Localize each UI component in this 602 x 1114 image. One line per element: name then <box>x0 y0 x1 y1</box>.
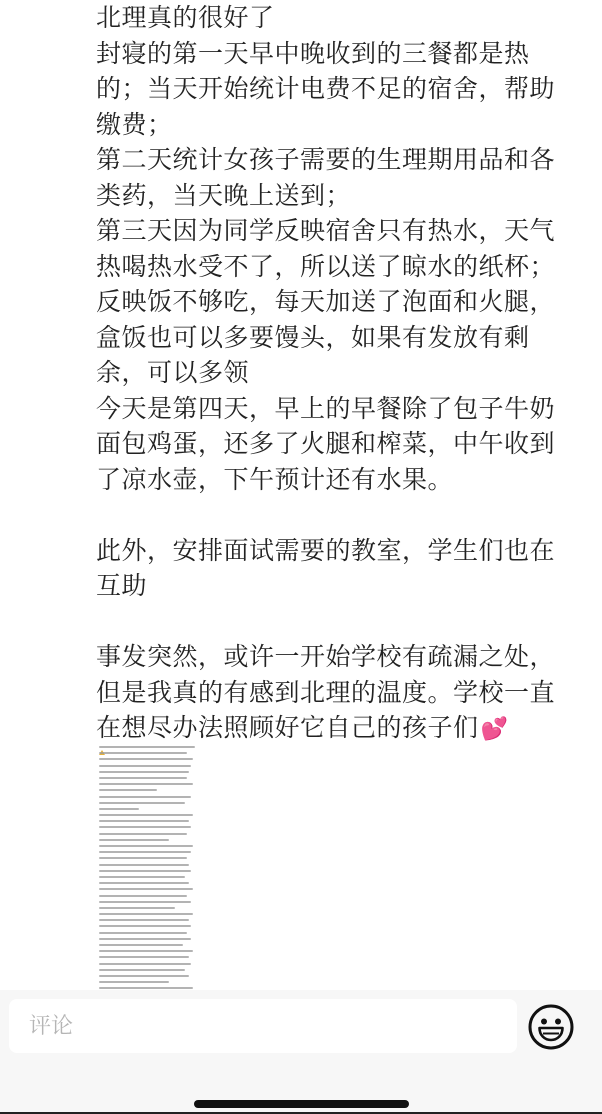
post-text-line: 的；当天开始统计电费不足的宿舍，帮助 <box>96 71 586 107</box>
thumbnail-text-line <box>99 919 189 921</box>
post-text-line-content: 但是我真的有感到北理的温度。学校一直 <box>96 678 555 707</box>
thumbnail-text-line <box>99 895 187 897</box>
thumbnail-text-line <box>99 963 191 965</box>
thumbnail-text-line <box>99 771 189 773</box>
post-text-line: 第二天统计女孩子需要的生理期用品和各 <box>96 142 586 178</box>
thumbnail-text-line <box>99 870 191 872</box>
thumbnail-text-line <box>99 956 189 958</box>
thumbnail-text-line <box>99 882 189 884</box>
post-text-line-content: 今天是第四天，早上的早餐除了包子牛奶 <box>96 394 555 423</box>
post-text-line-content: 反映饭不够吃，每天加送了泡面和火腿， <box>96 287 555 316</box>
thumbnail-text-line <box>99 950 193 952</box>
thumbnail-text-line <box>99 789 157 791</box>
post-text-line-content: 第三天因为同学反映宿舍只有热水，天气 <box>96 216 555 245</box>
thumbnail-text-line <box>99 845 193 847</box>
thumbnail-text-line <box>99 839 169 841</box>
post-text-line: 事发突然，或许一开始学校有疏漏之处， <box>96 639 586 675</box>
two-hearts-emoji-icon: 💕 <box>481 717 509 742</box>
thumbnail-text-line <box>99 808 139 810</box>
thumbnail-text-line <box>99 913 193 915</box>
thumbnail-text-line <box>99 975 189 977</box>
post-text-line-content: 类药，当天晚上送到； <box>96 181 351 210</box>
attached-image-thumbnail[interactable] <box>96 744 204 990</box>
thumbnail-text-line <box>99 969 185 971</box>
thumbnail-text-line <box>99 833 187 835</box>
post-text-line-content: 第二天统计女孩子需要的生理期用品和各 <box>96 145 555 174</box>
post-text-line <box>96 497 586 533</box>
thumbnail-text-line <box>99 987 193 989</box>
thumbnail-text-line <box>99 765 191 767</box>
thumbnail-text-line <box>99 802 185 804</box>
post-text-line-content: 热喝热水受不了，所以送了晾水的纸杯； <box>96 252 555 281</box>
post-text-line-content: 互助 <box>96 571 147 600</box>
thumbnail-text-line <box>99 783 193 785</box>
post-text-line-content: 缴费； <box>96 110 173 139</box>
thumbnail-text-line <box>99 814 193 816</box>
post-text-line: 今天是第四天，早上的早餐除了包子牛奶 <box>96 391 586 427</box>
thumbnail-text-line <box>99 857 187 859</box>
post-text-line: 第三天因为同学反映宿舍只有热水，天气 <box>96 213 586 249</box>
post-text-line: 封寝的第一天早中晚收到的三餐都是热 <box>96 36 586 72</box>
thumbnail-text-line <box>99 752 187 754</box>
smiley-face-icon <box>527 1003 575 1051</box>
post-text-line: 余，可以多领 <box>96 355 586 391</box>
thumbnail-text-line <box>99 932 187 934</box>
thumbnail-text-line <box>99 944 183 946</box>
post-text-line: 类药，当天晚上送到； <box>96 178 586 214</box>
thumbnail-text-line <box>99 864 189 866</box>
thumbnail-text-line <box>99 777 187 779</box>
post-text-line-content: 了凉水壶，下午预计还有水果。 <box>96 465 453 494</box>
post-text-line-content: 余，可以多领 <box>96 358 249 387</box>
post-text-line-content: 面包鸡蛋，还多了火腿和榨菜，中午收到 <box>96 429 555 458</box>
thumbnail-text-line <box>99 938 191 940</box>
comment-bar <box>0 990 602 1112</box>
thumbnail-text-line <box>99 925 191 927</box>
emoji-button[interactable] <box>527 1003 575 1051</box>
thumbnail-text-line <box>99 746 195 748</box>
thumbnail-text-line <box>99 876 185 878</box>
post-text-line: 缴费； <box>96 107 586 143</box>
post-text-line: 反映饭不够吃，每天加送了泡面和火腿， <box>96 284 586 320</box>
thumbnail-text-line <box>99 981 169 983</box>
post-text-line-content: 的；当天开始统计电费不足的宿舍，帮助 <box>96 74 555 103</box>
post-text-line: 盒饭也可以多要馒头，如果有发放有剩 <box>96 320 586 356</box>
post-text-line: 互助 <box>96 568 586 604</box>
post-text-line-content: 盒饭也可以多要馒头，如果有发放有剩 <box>96 323 530 352</box>
post-text-line-content: 此外，安排面试需要的教室，学生们也在 <box>96 536 555 565</box>
post-text-line-content: 封寝的第一天早中晚收到的三餐都是热 <box>96 39 530 68</box>
post-body-text: 北理真的很好了封寝的第一天早中晚收到的三餐都是热的；当天开始统计电费不足的宿舍，… <box>96 0 586 748</box>
thumbnail-text-line <box>99 758 193 760</box>
post-detail-page: 北理真的很好了封寝的第一天早中晚收到的三餐都是热的；当天开始统计电费不足的宿舍，… <box>0 0 602 1114</box>
thumbnail-text-line <box>99 826 191 828</box>
post-text-line: 面包鸡蛋，还多了火腿和榨菜，中午收到 <box>96 426 586 462</box>
comment-input[interactable] <box>9 999 517 1053</box>
thumbnail-text-line <box>99 888 193 890</box>
post-text-line-content: 事发突然，或许一开始学校有疏漏之处， <box>96 642 555 671</box>
thumbnail-text-line <box>99 820 189 822</box>
thumbnail-text-line <box>99 851 191 853</box>
post-text-line-content: 北理真的很好了 <box>96 3 275 32</box>
post-text-line <box>96 604 586 640</box>
post-text-line: 在想尽办法照顾好它自己的孩子们💕 <box>96 710 586 748</box>
post-text-line: 北理真的很好了 <box>96 0 586 36</box>
thumbnail-text-line <box>99 907 175 909</box>
post-text-line: 此外，安排面试需要的教室，学生们也在 <box>96 533 586 569</box>
home-indicator[interactable] <box>194 1100 409 1108</box>
thumbnail-text-line <box>99 901 191 903</box>
post-text-line: 但是我真的有感到北理的温度。学校一直 <box>96 675 586 711</box>
thumbnail-text-block <box>96 744 204 989</box>
thumbnail-text-line <box>99 796 191 798</box>
post-text-line: 了凉水壶，下午预计还有水果。 <box>96 462 586 498</box>
post-text-line: 热喝热水受不了，所以送了晾水的纸杯； <box>96 249 586 285</box>
post-text-line-content: 在想尽办法照顾好它自己的孩子们 <box>96 713 479 742</box>
